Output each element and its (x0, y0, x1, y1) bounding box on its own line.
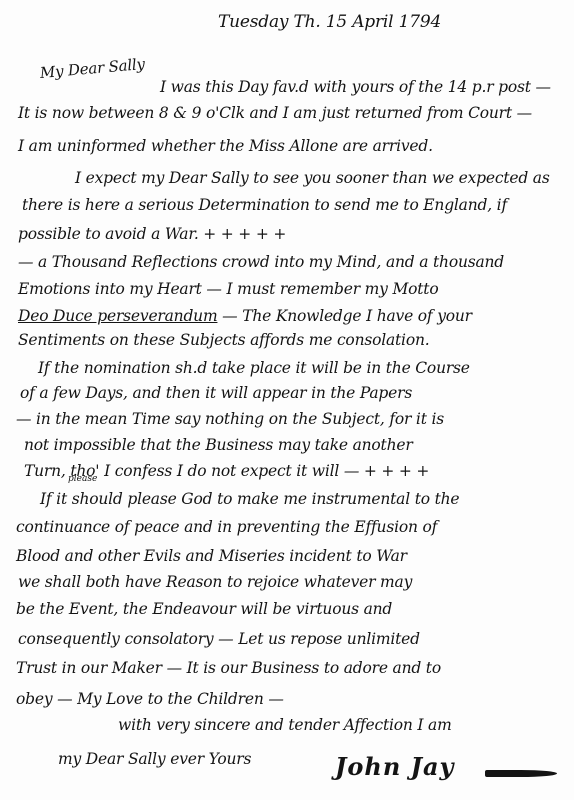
letter-line-8: Emotions into my Heart — I must remember… (18, 280, 438, 298)
letter-line-14: not impossible that the Business may tak… (24, 436, 413, 454)
letter-line-4: I expect my Dear Sally to see you sooner… (75, 169, 550, 187)
letter-page: Tuesday Th. 15 April 1794 My Dear Sally … (0, 0, 574, 800)
letter-line-20: be the Event, the Endeavour will be virt… (16, 600, 392, 618)
letter-line-3: I am uninformed whether the Miss Allone … (18, 137, 433, 155)
signature: John Jay (335, 752, 454, 781)
letter-line-7: — a Thousand Reflections crowd into my M… (18, 253, 504, 271)
letter-line-11: If the nomination sh.d take place it wil… (38, 359, 470, 377)
letter-line-23: obey — My Love to the Children — (16, 690, 284, 708)
letter-line-10: Sentiments on these Subjects affords me … (18, 331, 429, 349)
letter-line-18: Blood and other Evils and Miseries incid… (16, 547, 407, 565)
letter-line-12: of a few Days, and then it will appear i… (20, 384, 412, 402)
letter-line-19: we shall both have Reason to rejoice wha… (18, 573, 412, 591)
letter-line-16: If it should please God to make me instr… (40, 490, 459, 508)
letter-line-6: possible to avoid a War. + + + + + (18, 225, 286, 243)
letter-line-2: It is now between 8 & 9 o'Clk and I am j… (18, 104, 532, 122)
letter-line-17: continuance of peace and in preventing t… (16, 518, 437, 536)
motto-underlined: Deo Duce perseverandum (18, 307, 217, 325)
closing-line-2: my Dear Sally ever Yours (58, 750, 251, 768)
letter-line-1: I was this Day fav.d with yours of the 1… (160, 78, 551, 96)
letter-line-22: Trust in our Maker — It is our Business … (16, 659, 441, 677)
letter-line-9-motto: Deo Duce perseverandum — The Knowledge I… (18, 307, 472, 325)
salutation: My Dear Sally (39, 55, 145, 82)
interlinear-insert: please (68, 474, 97, 484)
letter-line-13: — in the mean Time say nothing on the Su… (16, 410, 444, 428)
letter-line-21: consequently consolatory — Let us repose… (18, 630, 420, 648)
date-line: Tuesday Th. 15 April 1794 (218, 12, 441, 32)
letter-line-5: there is here a serious Determination to… (22, 196, 507, 214)
signature-flourish (485, 770, 557, 777)
closing-line-1: with very sincere and tender Affection I… (118, 716, 452, 734)
